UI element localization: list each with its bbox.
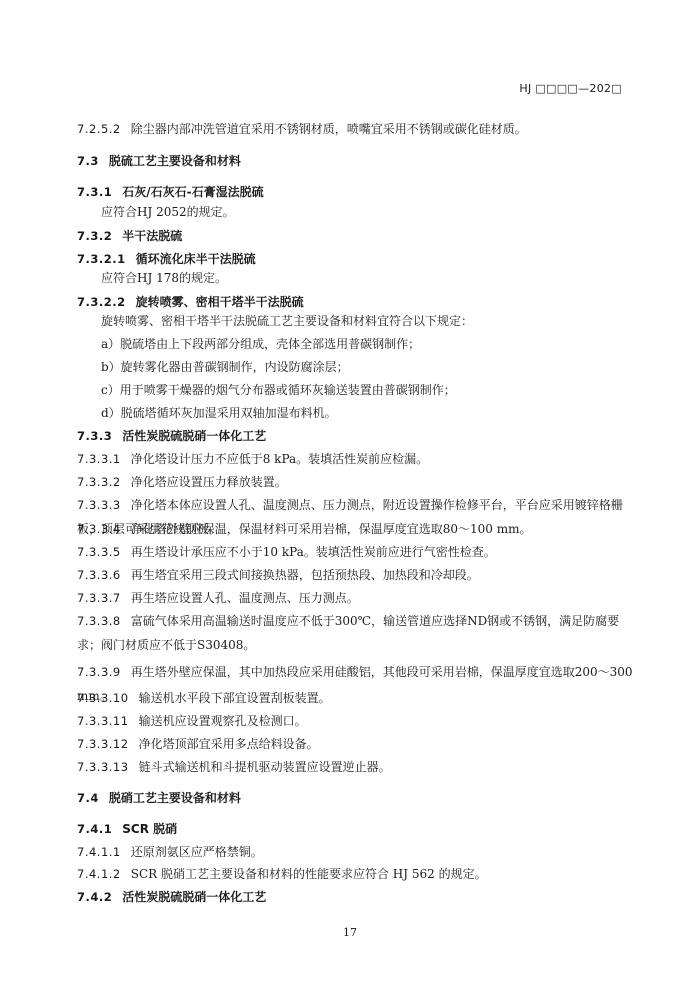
section-number: 7.4 <box>77 791 99 805</box>
clause-7-3-3-2: 7.3.3.2净化塔应设置压力释放装置。 <box>77 474 634 490</box>
clause-text: 链斗式输送机和斗提机驱动装置应设置逆止器。 <box>139 760 391 774</box>
clause-text: 净化塔设计压力不应低于8 kPa。装填活性炭前应检漏。 <box>131 452 428 466</box>
clause-7-3-3-8: 7.3.3.8富硫气体采用高温输送时温度应不低于300℃，输送管道应选择ND钢或… <box>77 609 634 657</box>
section-number: 7.3.3 <box>77 429 112 443</box>
clause-7-3-3-13: 7.3.3.13链斗式输送机和斗提机驱动装置应设置逆止器。 <box>77 759 634 775</box>
clause-text: 还原剂氨区应严格禁铜。 <box>131 845 263 859</box>
section-title: 半干法脱硫 <box>122 229 182 243</box>
clause-number: 7.3.3.13 <box>77 760 129 774</box>
clause-number: 7.3.3.5 <box>77 545 121 559</box>
clause-7-4-1-2: 7.4.1.2SCR 脱硝工艺主要设备和材料的性能要求应符合 HJ 562 的规… <box>77 866 634 882</box>
section-number: 7.3.2 <box>77 229 112 243</box>
document-code-header: HJ □□□□—202□ <box>519 82 622 95</box>
list-item-b: b）旋转雾化器由普碳钢制作，内设防腐涂层； <box>101 359 634 375</box>
clause-text: SCR 脱硝工艺主要设备和材料的性能要求应符合 HJ 562 的规定。 <box>131 867 487 881</box>
clause-number: 7.3.3.6 <box>77 568 121 582</box>
clause-7-3-3-4: 7.3.3.4净化塔外壁应保温，保温材料可采用岩棉，保温厚度宜选取80～100 … <box>77 521 634 537</box>
clause-number: 7.3.3.8 <box>77 614 121 628</box>
clause-7-2-5-2: 7.2.5.2除尘器内部冲洗管道宜采用不锈钢材质，喷嘴宜采用不锈钢或碳化硅材质。 <box>77 121 634 137</box>
section-title: 循环流化床半干法脱硫 <box>136 252 256 266</box>
section-heading-7-3-2-1: 7.3.2.1循环流化床半干法脱硫 <box>77 251 634 267</box>
clause-text: 净化塔应设置压力释放装置。 <box>131 475 287 489</box>
clause-7-3-3-11: 7.3.3.11输送机应设置观察孔及检测口。 <box>77 713 634 729</box>
section-number: 7.3.1 <box>77 185 112 199</box>
clause-number: 7.4.1.1 <box>77 845 121 859</box>
list-item-d: d）脱硫塔循环灰加湿采用双轴加湿布料机。 <box>101 405 634 421</box>
body-paragraph: 应符合HJ 178的规定。 <box>101 270 634 286</box>
clause-number: 7.3.3.12 <box>77 737 129 751</box>
body-paragraph: 旋转喷雾、密相干塔半干法脱硫工艺主要设备和材料宜符合以下规定： <box>101 313 634 329</box>
section-number: 7.3.2.2 <box>77 295 126 309</box>
clause-7-3-3-7: 7.3.3.7再生塔应设置人孔、温度测点、压力测点。 <box>77 590 634 606</box>
clause-7-4-1-1: 7.4.1.1还原剂氨区应严格禁铜。 <box>77 844 634 860</box>
clause-text: 净化塔外壁应保温，保温材料可采用岩棉，保温厚度宜选取80～100 mm。 <box>131 522 532 536</box>
section-title: 脱硫工艺主要设备和材料 <box>109 154 241 168</box>
section-heading-7-3: 7.3脱硫工艺主要设备和材料 <box>77 153 634 169</box>
clause-text: 除尘器内部冲洗管道宜采用不锈钢材质，喷嘴宜采用不锈钢或碳化硅材质。 <box>131 122 527 136</box>
clause-number: 7.3.3.9 <box>77 665 121 679</box>
clause-7-3-3-12: 7.3.3.12净化塔顶部宜采用多点给料设备。 <box>77 736 634 752</box>
clause-text: 富硫气体采用高温输送时温度应不低于300℃，输送管道应选择ND钢或不锈钢，满足防… <box>77 614 619 652</box>
list-item-a: a）脱硫塔由上下段两部分组成，壳体全部选用普碳钢制作； <box>101 336 634 352</box>
section-heading-7-3-3: 7.3.3活性炭脱硫脱硝一体化工艺 <box>77 428 634 444</box>
clause-7-3-3-1: 7.3.3.1净化塔设计压力不应低于8 kPa。装填活性炭前应检漏。 <box>77 451 634 467</box>
section-number: 7.4.2 <box>77 890 112 904</box>
section-title: 活性炭脱硫脱硝一体化工艺 <box>122 890 266 904</box>
section-number: 7.4.1 <box>77 822 112 836</box>
list-item-c: c）用于喷雾干燥器的烟气分布器或循环灰输送装置由普碳钢制作； <box>101 382 634 398</box>
clause-text: 输送机应设置观察孔及检测口。 <box>139 714 307 728</box>
section-heading-7-4-1: 7.4.1SCR 脱硝 <box>77 821 634 837</box>
section-title: 旋转喷雾、密相干塔半干法脱硫 <box>136 295 304 309</box>
clause-text: 再生塔设计承压应不小于10 kPa。装填活性炭前应进行气密性检查。 <box>131 545 496 559</box>
clause-number: 7.3.3.2 <box>77 475 121 489</box>
clause-text: 再生塔应设置人孔、温度测点、压力测点。 <box>131 591 359 605</box>
clause-text: 输送机水平段下部宜设置刮板装置。 <box>139 691 331 705</box>
clause-number: 7.3.3.10 <box>77 691 129 705</box>
section-heading-7-4: 7.4脱硝工艺主要设备和材料 <box>77 790 634 806</box>
page-number: 17 <box>0 926 700 939</box>
section-title: SCR 脱硝 <box>122 822 177 836</box>
section-heading-7-3-2-2: 7.3.2.2旋转喷雾、密相干塔半干法脱硫 <box>77 294 634 310</box>
clause-7-3-3-10: 7.3.3.10输送机水平段下部宜设置刮板装置。 <box>77 690 634 706</box>
section-title: 石灰/石灰石-石膏湿法脱硫 <box>122 185 263 199</box>
clause-number: 7.3.3.11 <box>77 714 129 728</box>
clause-text: 再生塔宜采用三段式间接换热器，包括预热段、加热段和冷却段。 <box>131 568 479 582</box>
section-heading-7-4-2: 7.4.2活性炭脱硫脱硝一体化工艺 <box>77 889 634 905</box>
clause-number: 7.3.3.7 <box>77 591 121 605</box>
clause-7-3-3-6: 7.3.3.6再生塔宜采用三段式间接换热器，包括预热段、加热段和冷却段。 <box>77 567 634 583</box>
document-page: HJ □□□□—202□ 7.2.5.2除尘器内部冲洗管道宜采用不锈钢材质，喷嘴… <box>0 0 700 989</box>
section-title: 脱硝工艺主要设备和材料 <box>109 791 241 805</box>
clause-number: 7.3.3.1 <box>77 452 121 466</box>
clause-number: 7.3.3.4 <box>77 522 121 536</box>
clause-number: 7.3.3.3 <box>77 498 121 512</box>
section-number: 7.3 <box>77 154 99 168</box>
clause-text: 净化塔顶部宜采用多点给料设备。 <box>139 737 319 751</box>
clause-number: 7.2.5.2 <box>77 122 121 136</box>
clause-7-3-3-5: 7.3.3.5再生塔设计承压应不小于10 kPa。装填活性炭前应进行气密性检查。 <box>77 544 634 560</box>
section-title: 活性炭脱硫脱硝一体化工艺 <box>122 429 266 443</box>
clause-number: 7.4.1.2 <box>77 867 121 881</box>
body-paragraph: 应符合HJ 2052的规定。 <box>101 204 634 220</box>
section-heading-7-3-1: 7.3.1石灰/石灰石-石膏湿法脱硫 <box>77 184 634 200</box>
section-heading-7-3-2: 7.3.2半干法脱硫 <box>77 228 634 244</box>
section-number: 7.3.2.1 <box>77 252 126 266</box>
